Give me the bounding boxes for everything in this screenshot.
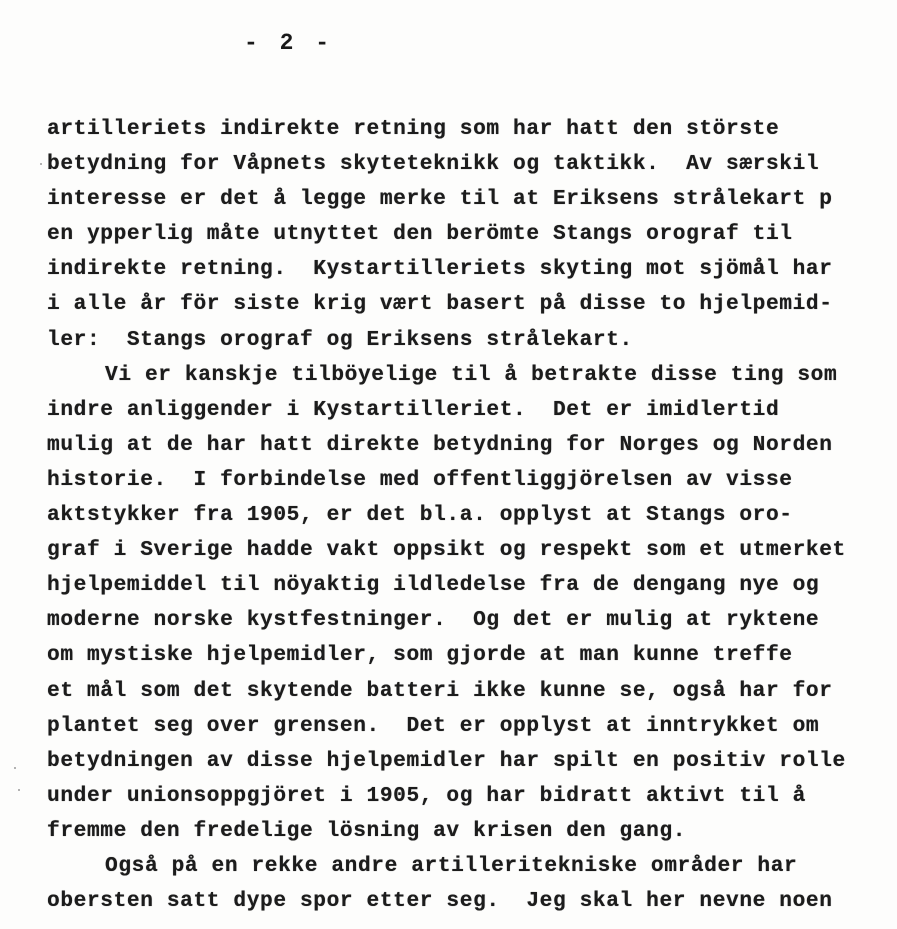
text-line: obersten satt dype spor etter seg. Jeg s… <box>47 884 897 919</box>
page-number: - 2 - <box>244 30 333 56</box>
text-line: om mystiske hjelpemidler, som gjorde at … <box>47 638 897 673</box>
paper-speck <box>18 789 20 791</box>
text-line: fremme den fredelige lösning av krisen d… <box>47 814 897 849</box>
paper-speck <box>14 767 16 769</box>
text-line: i alle år för siste krig vært basert på … <box>47 287 897 322</box>
text-line: indre anliggender i Kystartilleriet. Det… <box>47 393 897 428</box>
text-line: under unionsoppgjöret i 1905, og har bid… <box>47 779 897 814</box>
text-line: Også på en rekke andre artilleritekniske… <box>47 849 897 884</box>
text-line: et mål som det skytende batteri ikke kun… <box>47 674 897 709</box>
text-line: hjelpemiddel til nöyaktig ildledelse fra… <box>47 568 897 603</box>
text-line: graf i Sverige hadde vakt oppsikt og res… <box>47 533 897 568</box>
text-line: betydning for Våpnets skyteteknikk og ta… <box>47 147 897 182</box>
text-line: artilleriets indirekte retning som har h… <box>47 112 897 147</box>
text-line: historie. I forbindelse med offentliggjö… <box>47 463 897 498</box>
text-line: interesse er det å legge merke til at Er… <box>47 182 897 217</box>
text-line: aktstykker fra 1905, er det bl.a. opplys… <box>47 498 897 533</box>
text-line: moderne norske kystfestninger. Og det er… <box>47 603 897 638</box>
text-line: indirekte retning. Kystartilleriets skyt… <box>47 252 897 287</box>
text-line: en ypperlig måte utnyttet den berömte St… <box>47 217 897 252</box>
text-line: ler: Stangs orograf og Eriksens stråleka… <box>47 323 897 358</box>
typewritten-page: - 2 - artilleriets indirekte retning som… <box>0 0 897 929</box>
body-text: artilleriets indirekte retning som har h… <box>47 112 897 919</box>
text-line: Vi er kanskje tilböyelige til å betrakte… <box>47 358 897 393</box>
text-line: mulig at de har hatt direkte betydning f… <box>47 428 897 463</box>
text-line: plantet seg over grensen. Det er opplyst… <box>47 709 897 744</box>
paper-speck <box>40 163 42 165</box>
text-line: betydningen av disse hjelpemidler har sp… <box>47 744 897 779</box>
